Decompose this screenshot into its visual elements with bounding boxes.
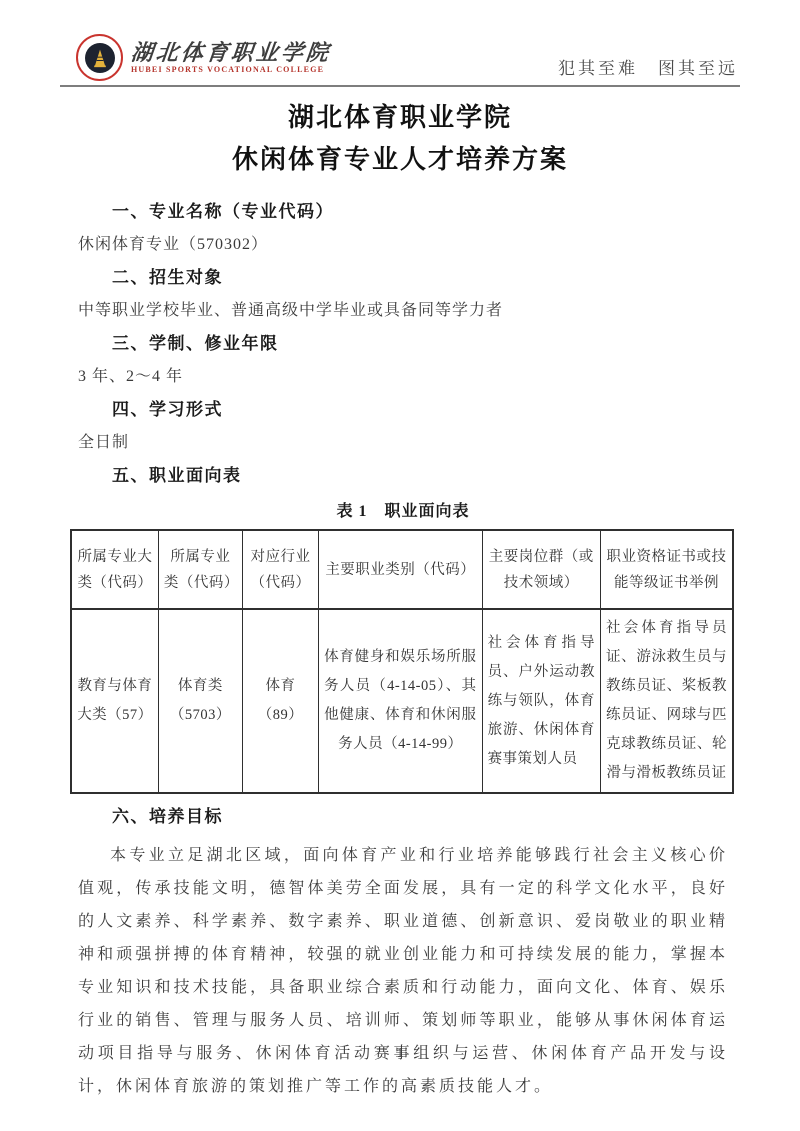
table-header-certificates: 职业资格证书或技能等级证书举例	[601, 530, 733, 609]
training-objective-paragraph: 本专业立足湖北区域，面向体育产业和行业培养能够践行社会主义核心价值观，传承技能文…	[78, 839, 728, 1103]
cell-certificates: 社会体育指导员证、游泳救生员与教练员证、桨板教练员证、网球与匹克球教练员证、轮滑…	[601, 609, 733, 793]
logo-chinese-name: 湖北体育职业学院	[130, 41, 333, 65]
cell-post-group: 社会体育指导员、户外运动教练与领队，体育旅游、休闲体育赛事策划人员	[482, 609, 600, 793]
header-divider	[60, 85, 740, 87]
document-title-line2: 休闲体育专业人才培养方案	[62, 139, 738, 181]
table-header-major-class: 所属专业类（代码）	[158, 530, 242, 609]
logo-english-name: HUBEI SPORTS VOCATIONAL COLLEGE	[131, 65, 331, 75]
document-page: 湖北体育职业学院 HUBEI SPORTS VOCATIONAL COLLEGE…	[0, 0, 800, 1131]
table-header-major-category: 所属专业大类（代码）	[71, 530, 158, 609]
college-emblem-icon	[76, 34, 123, 81]
cell-major-category: 教育与体育大类（57）	[71, 609, 158, 793]
table-body: 教育与体育大类（57） 体育类（5703） 体育（89） 体育健身和娱乐场所服务…	[71, 609, 733, 793]
section-body-1: 休闲体育专业（570302）	[78, 234, 728, 256]
table-header-occupation-category: 主要职业类别（代码）	[319, 530, 483, 609]
table-row: 教育与体育大类（57） 体育类（5703） 体育（89） 体育健身和娱乐场所服务…	[71, 609, 733, 793]
section-body-3: 3 年、2～4 年	[78, 366, 728, 388]
section-heading-4: 四、学习形式	[78, 399, 728, 421]
college-logo: 湖北体育职业学院 HUBEI SPORTS VOCATIONAL COLLEGE	[76, 34, 331, 81]
table-caption: 表 1 职业面向表	[78, 498, 728, 521]
table-header-post-group: 主要岗位群（或技术领域）	[482, 530, 600, 609]
section-body-2: 中等职业学校毕业、普通高级中学毕业或具备同等学力者	[78, 300, 728, 322]
cell-occupation-category: 体育健身和娱乐场所服务人员（4-14-05）、其他健康、体育和休闲服务人员（4-…	[319, 609, 483, 793]
section-heading-2: 二、招生对象	[78, 267, 728, 289]
cell-industry: 体育（89）	[242, 609, 318, 793]
header-motto: 犯其至难 图其至远	[558, 57, 738, 81]
logo-text-block: 湖北体育职业学院 HUBEI SPORTS VOCATIONAL COLLEGE	[131, 41, 331, 75]
section-heading-6: 六、培养目标	[78, 806, 728, 828]
document-content: 一、专业名称（专业代码） 休闲体育专业（570302） 二、招生对象 中等职业学…	[62, 201, 738, 1103]
page-header: 湖北体育职业学院 HUBEI SPORTS VOCATIONAL COLLEGE…	[62, 33, 738, 81]
career-orientation-table: 所属专业大类（代码） 所属专业类（代码） 对应行业（代码） 主要职业类别（代码）…	[70, 529, 734, 794]
section-heading-1: 一、专业名称（专业代码）	[78, 201, 728, 223]
section-body-4: 全日制	[78, 432, 728, 454]
cell-major-class: 体育类（5703）	[158, 609, 242, 793]
table-header-row: 所属专业大类（代码） 所属专业类（代码） 对应行业（代码） 主要职业类别（代码）…	[71, 530, 733, 609]
page-number: 1	[0, 1045, 800, 1061]
document-title-line1: 湖北体育职业学院	[62, 97, 738, 139]
emblem-torch-icon	[90, 48, 110, 68]
table-header-industry: 对应行业（代码）	[242, 530, 318, 609]
section-heading-3: 三、学制、修业年限	[78, 333, 728, 355]
emblem-inner-circle	[85, 43, 115, 73]
document-title: 湖北体育职业学院 休闲体育专业人才培养方案	[62, 97, 738, 181]
section-heading-5: 五、职业面向表	[78, 465, 728, 487]
